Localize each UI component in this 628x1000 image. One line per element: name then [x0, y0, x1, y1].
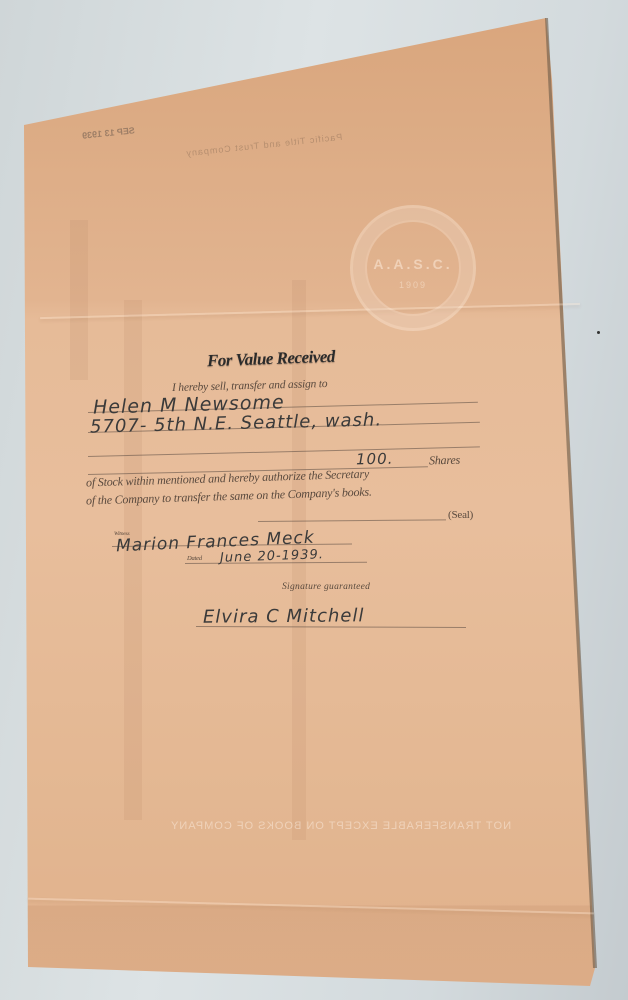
dated-label: Dated [187, 555, 202, 562]
guarantor-signature-field[interactable]: Elvira C Mitchell [203, 605, 365, 627]
heading-for-value-received: For Value Received [207, 347, 336, 371]
shares-count-field[interactable]: 100. [356, 450, 394, 469]
seller-signature-line [258, 519, 446, 522]
blank-line [88, 446, 480, 457]
shares-label: Shares [429, 453, 460, 469]
assignment-form: For Value Received I hereby sell, transf… [0, 0, 628, 1000]
seal-label: (Seal) [448, 509, 473, 521]
signature-guaranteed-label: Signature guaranteed [282, 582, 370, 592]
